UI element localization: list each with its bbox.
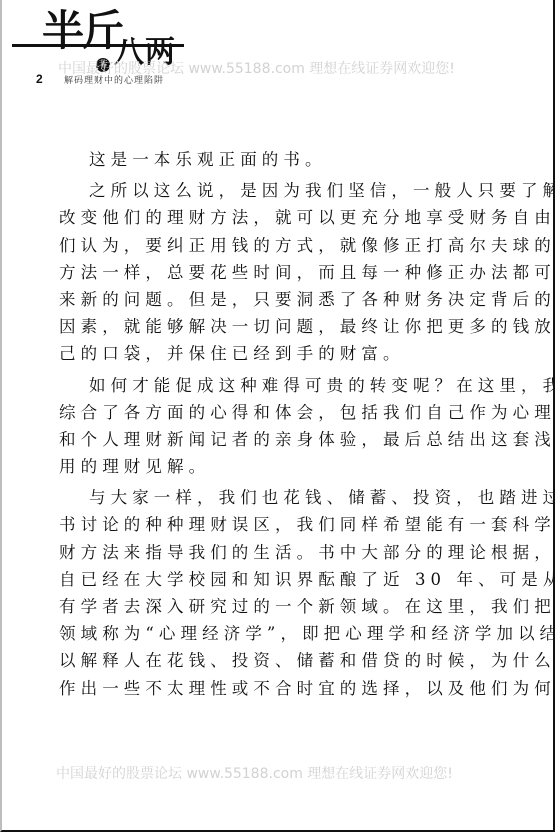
text-line: 用的理财见解。 bbox=[59, 453, 459, 480]
text-line: 自已经在大学校园和知识界酝酿了近 30 年、可是从来没 bbox=[59, 566, 459, 593]
page-number: 2 bbox=[36, 72, 43, 86]
paragraph: 与大家一样，我们也花钱、储蓄、投资，也踏进过本 书讨论的种种理财误区，我们同样希… bbox=[59, 484, 459, 702]
page-header: 半斤 非 八两 中国最好的股票论坛 www.55188.com 理想在线证券网欢… bbox=[2, 0, 555, 100]
text-line: 之所以这么说，是因为我们坚信，一般人只要了解并 bbox=[59, 177, 459, 204]
paragraph: 之所以这么说，是因为我们坚信，一般人只要了解并 改变他们的理财方法，就可以更充分… bbox=[59, 177, 459, 367]
text-line: 己的口袋，并保住已经到手的财富。 bbox=[59, 340, 459, 367]
text-line: 方法一样，总要花些时间，而且每一种修正办法都可能带 bbox=[59, 259, 459, 286]
book-page: 半斤 非 八两 中国最好的股票论坛 www.55188.com 理想在线证券网欢… bbox=[0, 0, 555, 832]
text-line: 与大家一样，我们也花钱、储蓄、投资，也踏进过本 bbox=[59, 484, 459, 511]
body-text: 这是一本乐观正面的书。 之所以这么说，是因为我们坚信，一般人只要了解并 改变他们… bbox=[59, 146, 459, 702]
paragraph: 如何才能促成这种难得可贵的转变呢？在这里，我们 综合了各方面的心得和体会，包括我… bbox=[59, 372, 459, 481]
text-line: 有学者去深入研究过的一个新领域。在这里，我们把这一 bbox=[59, 593, 459, 620]
text-line: 财方法来指导我们的生活。书中大部分的理论根据，都来 bbox=[59, 539, 459, 566]
text-line: 如何才能促成这种难得可贵的转变呢？在这里，我们 bbox=[59, 372, 459, 399]
text-line: 改变他们的理财方法，就可以更充分地享受财务自由。我 bbox=[59, 204, 459, 231]
watermark-bottom: 中国最好的股票论坛 www.55188.com 理想在线证券网欢迎您! bbox=[56, 763, 453, 783]
text-line: 和个人理财新闻记者的亲身体验，最后总结出这套浅显实 bbox=[59, 426, 459, 453]
text-line: 们认为，要纠正用钱的方式，就像修正打高尔夫球的挥杆 bbox=[59, 232, 459, 259]
text-line: 这是一本乐观正面的书。 bbox=[59, 146, 459, 173]
text-line: 书讨论的种种理财误区，我们同样希望能有一套科学的理 bbox=[59, 511, 459, 538]
book-logo-main: 半斤 bbox=[42, 6, 122, 56]
book-subtitle: 解码理财中的心理陷阱 bbox=[64, 73, 164, 86]
paragraph: 这是一本乐观正面的书。 bbox=[59, 146, 459, 173]
text-line: 以解释人在花钱、投资、储蓄和借贷的时候，为什么总会 bbox=[59, 647, 459, 674]
text-line: 作出一些不太理性或不合时宜的选择，以及他们为何会这 bbox=[59, 675, 459, 702]
text-line: 因素，就能够解决一切问题，最终让你把更多的钱放进自 bbox=[59, 313, 459, 340]
text-line: 领域称为“心理经济学”，即把心理学和经济学加以结合， bbox=[59, 620, 459, 647]
text-line: 来新的问题。但是，只要洞悉了各种财务决定背后的心理 bbox=[59, 286, 459, 313]
text-line: 综合了各方面的心得和体会，包括我们自己作为心理学家 bbox=[59, 399, 459, 426]
